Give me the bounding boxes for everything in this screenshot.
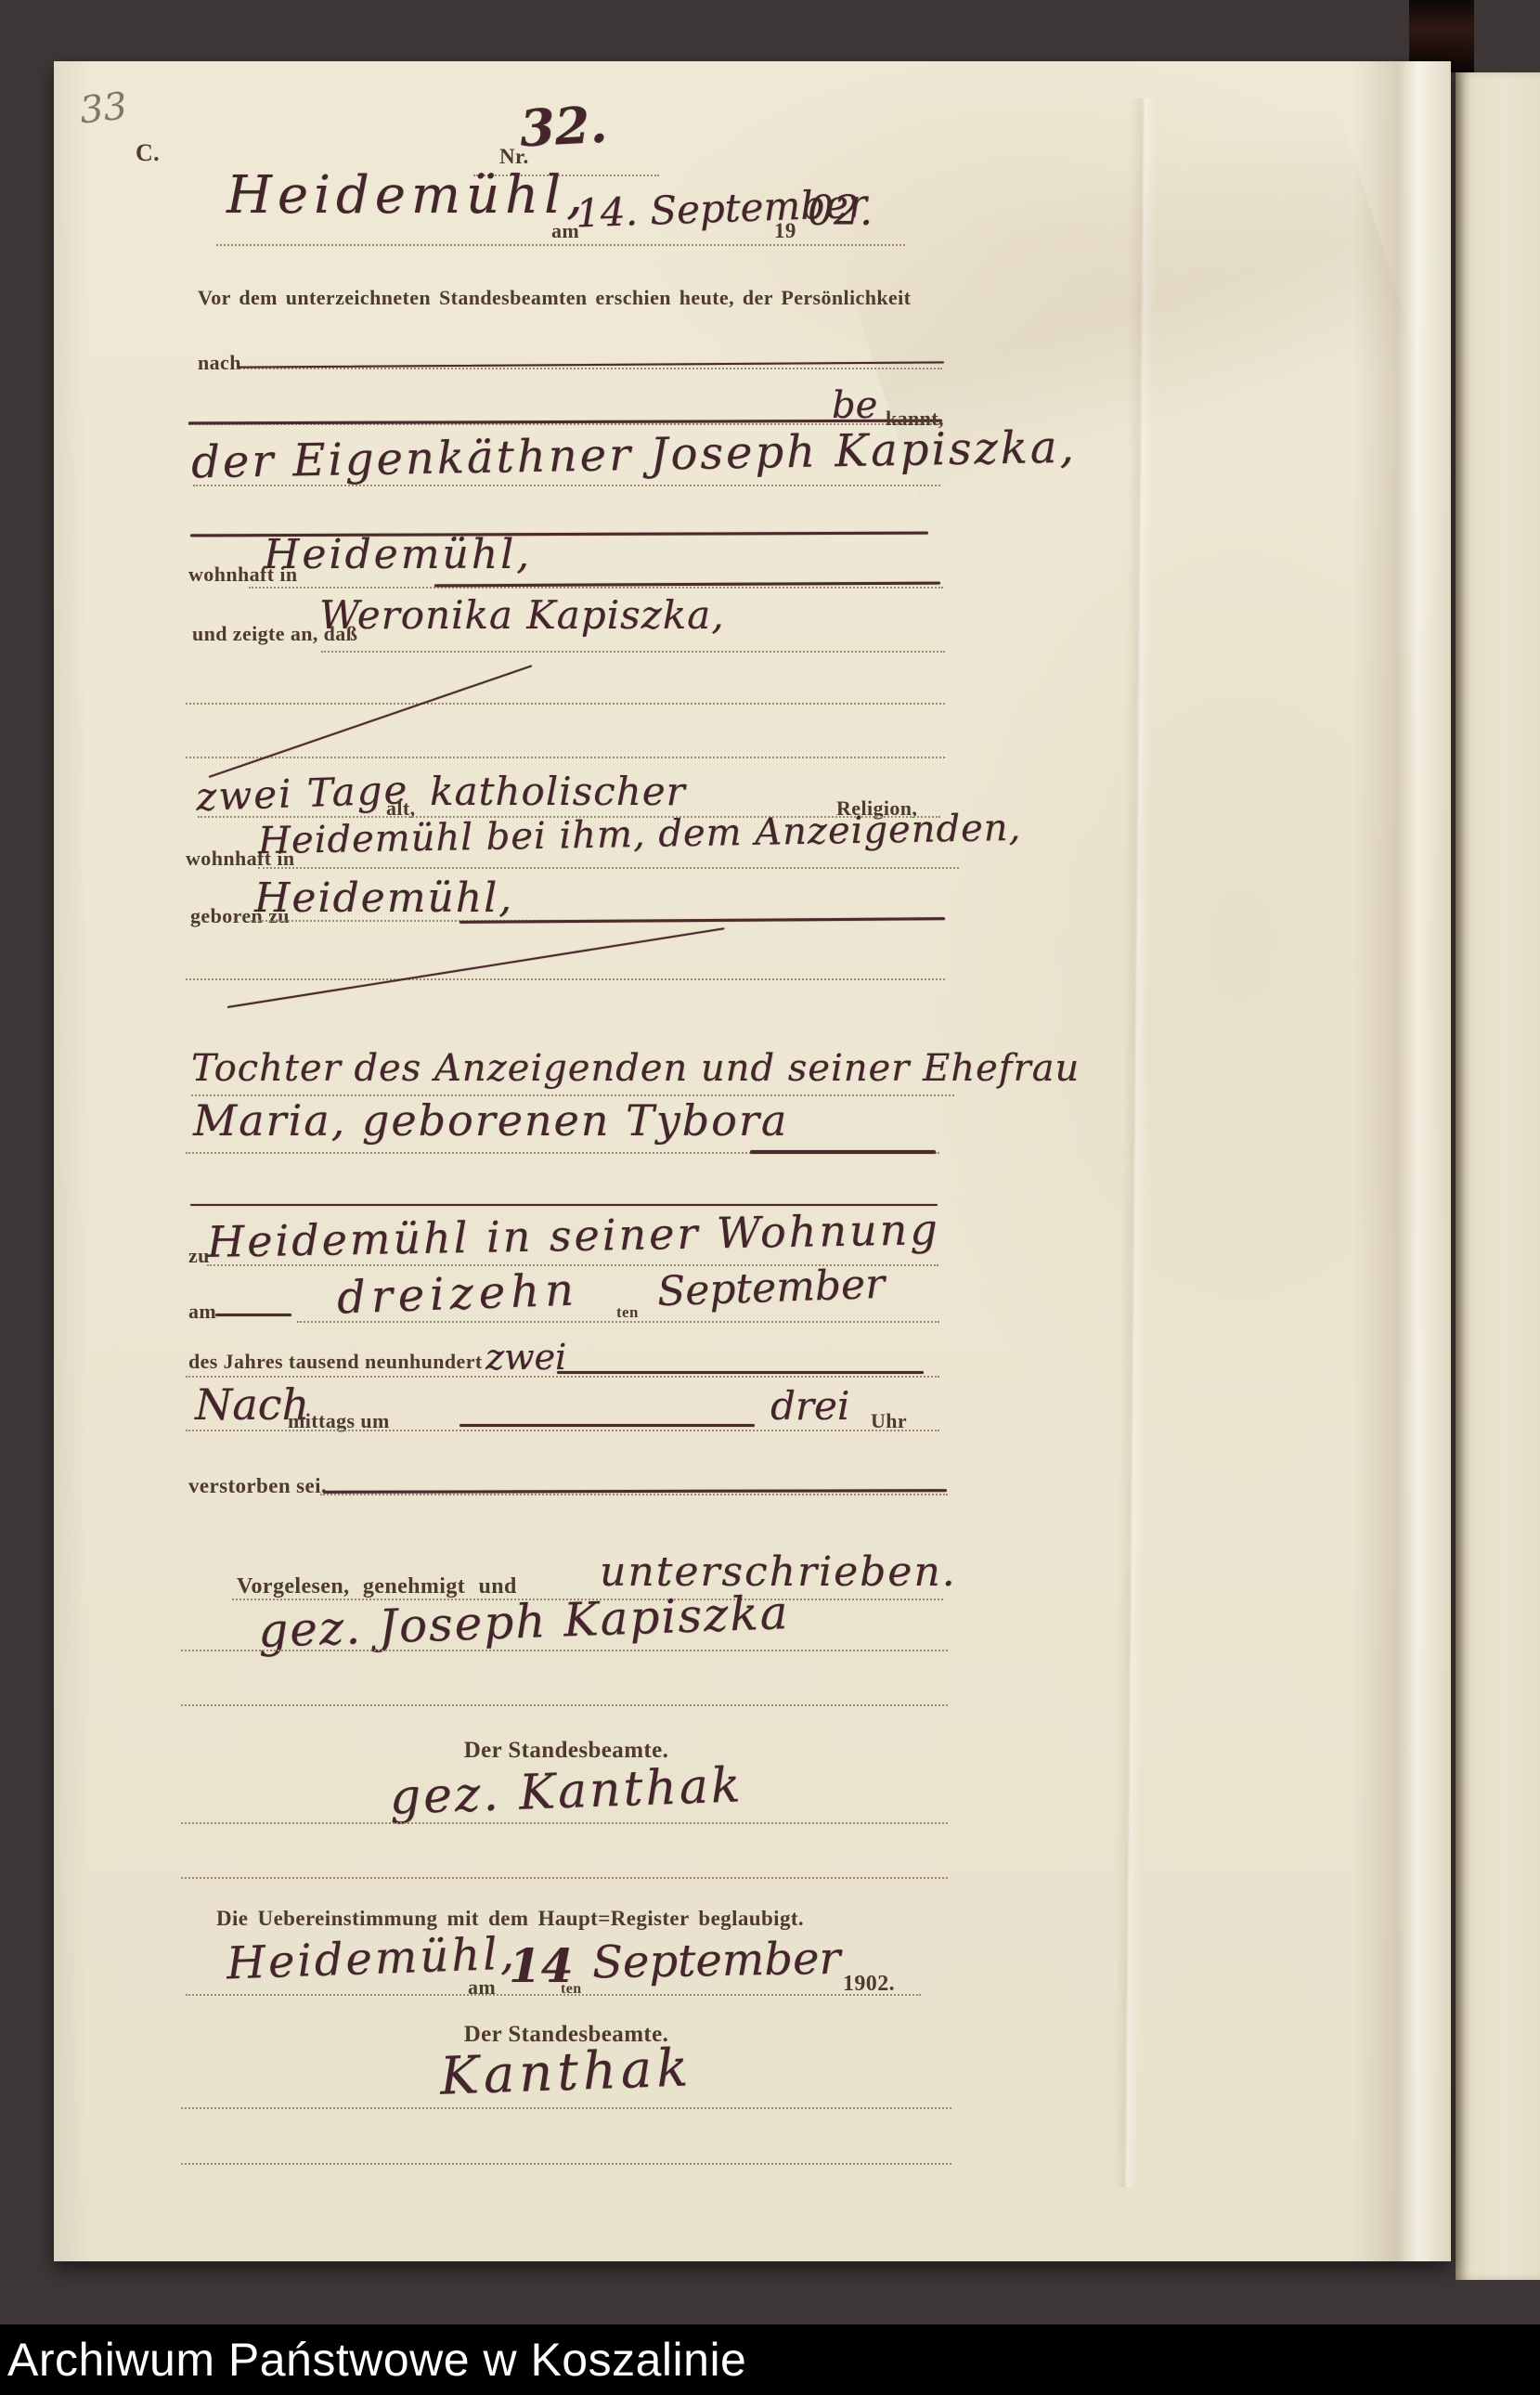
ruled-line <box>321 651 945 653</box>
death-time-entry: drei <box>770 1383 849 1429</box>
ink-line <box>557 1371 924 1374</box>
ink-line <box>215 1314 291 1316</box>
strike-line <box>209 665 533 778</box>
ruled-line <box>181 1650 948 1651</box>
ruled-line <box>186 1994 921 1996</box>
ruled-line <box>181 2163 951 2165</box>
ruled-line <box>186 757 945 758</box>
ruled-line <box>320 1494 948 1495</box>
archive-bar: Archiwum Państwowe w Koszalinie <box>0 2324 1540 2395</box>
ink-line <box>459 917 945 924</box>
death-place-entry: Heidemühl in seiner Wohnung <box>207 1204 941 1267</box>
death-day-suffix: ten <box>616 1303 639 1322</box>
vertical-crease <box>1112 98 1157 2187</box>
declarant-entry: der Eigenkäthner Joseph Kapiszka, <box>191 421 1078 489</box>
cert-month-entry: September <box>592 1933 841 1989</box>
death-month-entry: September <box>656 1261 886 1316</box>
ruled-line <box>186 1376 939 1378</box>
ruled-line <box>297 1321 939 1323</box>
death-record-page: 33 C. Nr. 32. Heidemühl, am 14. Septembe… <box>54 61 1451 2261</box>
death-year-entry: zwei <box>485 1337 566 1378</box>
residence2-entry: Heidemühl bei ihm, dem Anzeigenden, <box>258 807 1022 862</box>
ruled-line <box>249 587 943 589</box>
nach-label: nach <box>198 351 241 375</box>
death-year-label: des Jahres tausend neunhundert <box>188 1350 483 1374</box>
cert-am-label: am <box>468 1975 496 2000</box>
ruled-line <box>237 368 942 369</box>
ruled-line <box>181 2107 951 2109</box>
pencil-page-number: 33 <box>78 84 129 132</box>
be-script: be <box>832 384 877 427</box>
deceased-statement: verstorben sei. <box>188 1474 327 1498</box>
ruled-line <box>181 1822 948 1824</box>
ruled-line <box>181 1877 948 1879</box>
age-entry: zwei Tage <box>195 767 409 820</box>
record-number: 32. <box>518 95 608 159</box>
ruled-line <box>186 978 945 980</box>
next-page-edge <box>1456 72 1540 2280</box>
dateline-year-print: 19 <box>774 219 796 243</box>
dateline-year-script: 02. <box>808 188 873 235</box>
scanned-document-photo: { "archive_bar": { "title": "Archiwum Pa… <box>0 0 1540 2395</box>
intro-text: Vor dem unterzeichneten Standesbeamten e… <box>198 286 911 310</box>
deceased-name-entry: Weronika Kapiszka, <box>319 592 725 638</box>
ruled-line <box>258 867 959 869</box>
religion-entry: katholischer <box>430 769 686 814</box>
parentage-entry-1: Tochter des Anzeigenden und seiner Ehefr… <box>191 1047 1080 1090</box>
section-letter: C. <box>136 139 160 167</box>
parentage-entry-2: Maria, geborenen Tybora <box>193 1095 788 1146</box>
residence-entry: Heidemühl, <box>264 531 532 578</box>
death-day-label: am <box>188 1300 216 1324</box>
ruled-line <box>186 1430 939 1431</box>
archive-bar-label: Archiwum Państwowe w Koszalinie <box>7 2333 746 2387</box>
strike-line <box>227 927 725 1008</box>
cert-year: 1902. <box>843 1972 895 1997</box>
ink-line <box>459 1424 755 1427</box>
ruled-line <box>216 244 905 246</box>
ruled-line <box>181 1704 948 1706</box>
ruled-line <box>193 485 940 486</box>
death-day-entry: dreizehn <box>336 1263 580 1324</box>
born-entry: Heidemühl, <box>254 874 513 922</box>
ink-line <box>750 1150 936 1154</box>
ruled-line <box>186 703 945 705</box>
dateline-place: Heidemühl, <box>226 165 589 226</box>
